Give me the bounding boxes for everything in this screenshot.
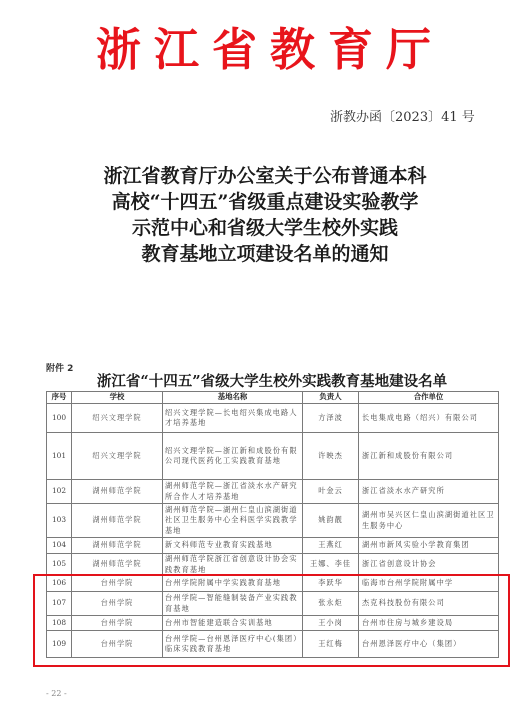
cell-lead: 王红梅	[303, 631, 359, 658]
header-no: 序号	[47, 392, 72, 404]
cell-school: 台州学院	[72, 616, 163, 631]
cell-no: 109	[47, 631, 72, 658]
cell-partner: 杰克科技股份有限公司	[359, 592, 499, 616]
table-row: 104 湖州师范学院 新文科师范专业教育实践基地 王燕红 湖州市新风实验小学教育…	[47, 538, 499, 554]
cell-lead: 王娜、李佳	[303, 554, 359, 576]
cell-lead: 姚韵靓	[303, 504, 359, 538]
table-row-highlighted: 109 台州学院 台州学院—台州恩泽医疗中心(集团）临床实践教育基地 王红梅 台…	[47, 631, 499, 658]
header-partner: 合作单位	[359, 392, 499, 404]
cell-no: 104	[47, 538, 72, 554]
cell-partner: 台州市住房与城乡建设局	[359, 616, 499, 631]
cell-base-name: 台州学院—台州恩泽医疗中心(集团）临床实践教育基地	[163, 631, 303, 658]
cell-base-name: 绍兴文理学院—长电绍兴集成电路人才培养基地	[163, 404, 303, 433]
page-number: - 22 -	[46, 689, 67, 698]
cell-no: 103	[47, 504, 72, 538]
table-row-highlighted: 107 台州学院 台州学院—智能缝制装备产业实践教育基地 张永炬 杰克科技股份有…	[47, 592, 499, 616]
masthead-title: 浙江省教育厅	[0, 20, 530, 80]
cell-school: 绍兴文理学院	[72, 433, 163, 480]
cell-partner: 浙江省淡水水产研究所	[359, 480, 499, 504]
cell-lead: 王燕红	[303, 538, 359, 554]
cell-partner: 台州恩泽医疗中心（集团）	[359, 631, 499, 658]
cell-no: 100	[47, 404, 72, 433]
cell-no: 105	[47, 554, 72, 576]
table-row: 102 湖州师范学院 湖州师范学院—浙江省淡水水产研究所合作人才培养基地 叶金云…	[47, 480, 499, 504]
header-school: 学校	[72, 392, 163, 404]
notice-title: 浙江省教育厅办公室关于公布普通本科 高校“十四五”省级重点建设实验教学 示范中心…	[0, 163, 530, 267]
header-lead: 负责人	[303, 392, 359, 404]
cell-school: 台州学院	[72, 592, 163, 616]
table-row: 101 绍兴文理学院 绍兴文理学院—浙江新和成股份有限公司现代医药化工实践教育基…	[47, 433, 499, 480]
table-row: 105 湖州师范学院 湖州师范学院浙江省创意设计协会实践教育基地 王娜、李佳 浙…	[47, 554, 499, 576]
cell-partner: 浙江新和成股份有限公司	[359, 433, 499, 480]
cell-school: 湖州师范学院	[72, 554, 163, 576]
table-header-row: 序号 学校 基地名称 负责人 合作单位	[47, 392, 499, 404]
cell-no: 101	[47, 433, 72, 480]
cell-lead: 叶金云	[303, 480, 359, 504]
table-row: 100 绍兴文理学院 绍兴文理学院—长电绍兴集成电路人才培养基地 方泽波 长电集…	[47, 404, 499, 433]
cell-partner: 湖州市吴兴区仁皇山滨湖街道社区卫生服务中心	[359, 504, 499, 538]
cell-school: 台州学院	[72, 576, 163, 592]
cell-no: 106	[47, 576, 72, 592]
cell-school: 台州学院	[72, 631, 163, 658]
cell-no: 108	[47, 616, 72, 631]
cell-no: 102	[47, 480, 72, 504]
cell-base-name: 湖州师范学院浙江省创意设计协会实践教育基地	[163, 554, 303, 576]
cell-lead: 张永炬	[303, 592, 359, 616]
base-list-table: 序号 学校 基地名称 负责人 合作单位 100 绍兴文理学院 绍兴文理学院—长电…	[46, 391, 499, 658]
cell-base-name: 台州学院附属中学实践教育基地	[163, 576, 303, 592]
cell-partner: 临海市台州学院附属中学	[359, 576, 499, 592]
cell-no: 107	[47, 592, 72, 616]
table-row: 103 湖州师范学院 湖州师范学院—湖州仁皇山滨湖街道社区卫生服务中心全科医学实…	[47, 504, 499, 538]
notice-title-line: 示范中心和省级大学生校外实践	[0, 215, 530, 241]
cell-partner: 浙江省创意设计协会	[359, 554, 499, 576]
notice-title-line: 教育基地立项建设名单的通知	[0, 241, 530, 267]
cell-partner: 湖州市新风实验小学教育集团	[359, 538, 499, 554]
cell-lead: 方泽波	[303, 404, 359, 433]
cell-school: 绍兴文理学院	[72, 404, 163, 433]
cell-base-name: 绍兴文理学院—浙江新和成股份有限公司现代医药化工实践教育基地	[163, 433, 303, 480]
cell-base-name: 湖州师范学院—浙江省淡水水产研究所合作人才培养基地	[163, 480, 303, 504]
notice-title-line: 浙江省教育厅办公室关于公布普通本科	[0, 163, 530, 189]
cell-school: 湖州师范学院	[72, 538, 163, 554]
table-row-highlighted: 108 台州学院 台州市智能建造联合实训基地 王小岗 台州市住房与城乡建设局	[47, 616, 499, 631]
cell-base-name: 新文科师范专业教育实践基地	[163, 538, 303, 554]
table-title: 浙江省“十四五”省级大学生校外实践教育基地建设名单	[0, 373, 530, 391]
notice-title-line: 高校“十四五”省级重点建设实验教学	[0, 189, 530, 215]
cell-lead: 李跃华	[303, 576, 359, 592]
table-row-highlighted: 106 台州学院 台州学院附属中学实践教育基地 李跃华 临海市台州学院附属中学	[47, 576, 499, 592]
cell-school: 湖州师范学院	[72, 480, 163, 504]
cell-base-name: 湖州师范学院—湖州仁皇山滨湖街道社区卫生服务中心全科医学实践教学基地	[163, 504, 303, 538]
cell-base-name: 台州市智能建造联合实训基地	[163, 616, 303, 631]
cell-school: 湖州师范学院	[72, 504, 163, 538]
header-base-name: 基地名称	[163, 392, 303, 404]
cell-base-name: 台州学院—智能缝制装备产业实践教育基地	[163, 592, 303, 616]
cell-lead: 王小岗	[303, 616, 359, 631]
document-number: 浙教办函〔2023〕41 号	[330, 106, 475, 125]
cell-partner: 长电集成电路（绍兴）有限公司	[359, 404, 499, 433]
cell-lead: 许映杰	[303, 433, 359, 480]
